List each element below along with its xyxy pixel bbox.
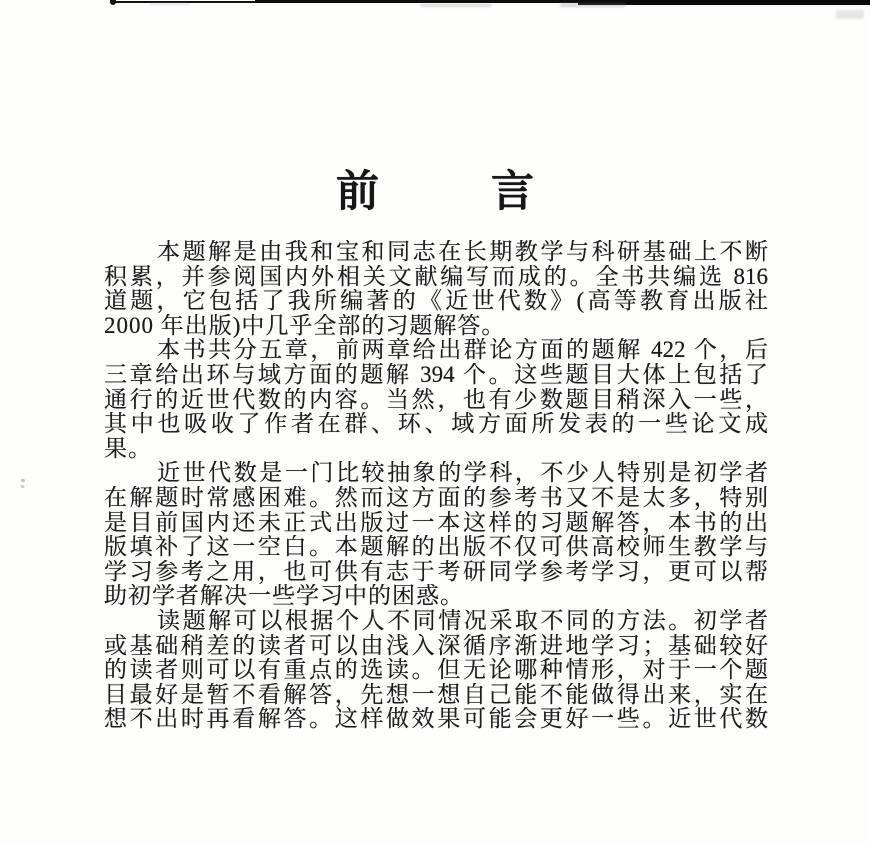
scan-edge-rule (110, 0, 116, 5)
text-line: 学习参考之用，也可供有志于考研同学参考学习，更可以帮 (104, 560, 768, 585)
text-line: 想不出时再看解答。这样做效果可能会更好一些。近世代数 (104, 707, 768, 732)
page-title: 前 言 (0, 167, 870, 219)
text-line: 读题解可以根据个人不同情况采取不同的方法。初学者 (104, 609, 768, 634)
text-line: 本题解是由我和宝和同志在长期教学与科研基础上不断 (104, 240, 768, 265)
text-line: 或基础稍差的读者可以由浅入深循序渐进地学习；基础较好 (104, 634, 768, 659)
title-char-left: 前 (336, 167, 379, 219)
text-line: 是目前国内还未正式出版过一本这样的习题解答，本书的出 (104, 511, 768, 536)
title-char-right: 言 (491, 167, 534, 219)
text-line: 果。 (104, 437, 768, 462)
text-line: 积累，并参阅国内外相关文献编写而成的。全书共编选 816 (104, 265, 768, 290)
paragraph: 读题解可以根据个人不同情况采取不同的方法。初学者 或基础稍差的读者可以由浅入深循… (104, 609, 768, 732)
text-line: 本书共分五章，前两章给出群论方面的题解 422 个，后 (104, 338, 768, 363)
text-line: 其中也吸收了作者在群、环、域方面所发表的一些论文成 (104, 412, 768, 437)
text-line: 道题，它包括了我所编著的《近世代数》(高等教育出版社 (104, 289, 768, 314)
text-line: 的读者则可以有重点的选读。但无论哪种情形，对于一个题 (104, 658, 768, 683)
book-page: 前 言 本题解是由我和宝和同志在长期教学与科研基础上不断 积累，并参阅国内外相关… (0, 0, 870, 842)
paragraph: 近世代数是一门比较抽象的学科，不少人特别是初学者 在解题时常感困难。然而这方面的… (104, 461, 768, 609)
text-line: 三章给出环与域方面的题解 394 个。这些题目大体上包括了 (104, 363, 768, 388)
preface-body: 本题解是由我和宝和同志在长期教学与科研基础上不断 积累，并参阅国内外相关文献编写… (104, 240, 768, 732)
scan-artifact (560, 3, 626, 7)
scan-edge-rule (255, 0, 595, 3)
text-line: 2000 年出版)中几乎全部的习题解答。 (104, 314, 768, 339)
text-line: 通行的近世代数的内容。当然，也有少数题目稍深入一些， (104, 388, 768, 413)
scan-artifact (836, 10, 864, 19)
paragraph: 本书共分五章，前两章给出群论方面的题解 422 个，后 三章给出环与域方面的题解… (104, 338, 768, 461)
text-line: 版填补了这一空白。本题解的出版不仅可供高校师生教学与 (104, 535, 768, 560)
text-line: 目最好是暂不看解答，先想一想自己能不能做得出来，实在 (104, 683, 768, 708)
text-line: 近世代数是一门比较抽象的学科，不少人特别是初学者 (104, 461, 768, 486)
scan-artifact (150, 3, 190, 5)
text-line: 助初学者解决一些学习中的困惑。 (104, 584, 768, 609)
scan-artifact (21, 479, 26, 483)
paragraph: 本题解是由我和宝和同志在长期教学与科研基础上不断 积累，并参阅国内外相关文献编写… (104, 240, 768, 338)
text-line: 在解题时常感困难。然而这方面的参考书又不是太多，特别 (104, 486, 768, 511)
scan-artifact (420, 4, 492, 7)
